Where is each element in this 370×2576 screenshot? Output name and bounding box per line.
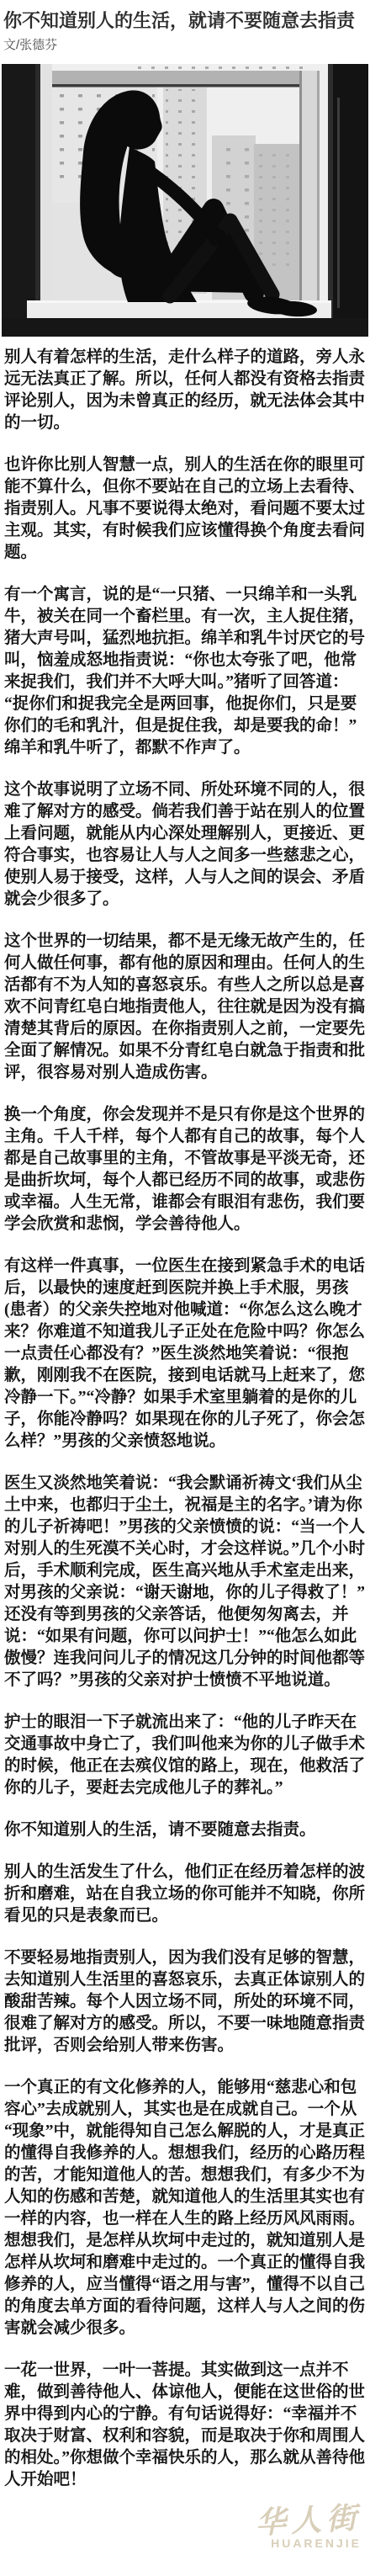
article-paragraph: 别人有着怎样的生活，走什么样子的道路，旁人永远无法真正了解。所以，任何人都没有资… xyxy=(4,347,366,434)
watermark-cn-logo: 华人街 xyxy=(255,2504,362,2538)
hero-photo xyxy=(2,64,368,337)
article-paragraph: 别人的生活发生了什么，他们正在经历着怎样的波折和磨难，站在自我立场的你可能并不知… xyxy=(4,1862,366,1927)
article-paragraph: 这个世界的一切结果，都不是无缘无故产生的，任何人做任何事，都有他的原因和理由。任… xyxy=(4,931,366,1084)
article-paragraph: 一个真正的有文化修养的人，能够用“慈悲心和包容心”去成就别人，其实也是在成就自己… xyxy=(4,2077,366,2340)
article-paragraph: 也许你比别人智慧一点，别人的生活在你的眼里可能不算什么，但你不要站在自己的立场上… xyxy=(4,454,366,564)
article-header: 你不知道别人的生活，就请不要随意去指责 文/张德芬 xyxy=(0,0,370,54)
article-paragraph: 医生又淡然地笑着说：“我会默诵祈祷文‘我们从尘土中来，也都归于尘土，祝福是主的名… xyxy=(4,1473,366,1692)
article-paragraph: 有这样一件真事，一位医生在接到紧急手术的电话后，以最快的速度赶到医院并换上手术服… xyxy=(4,1256,366,1453)
article-paragraph: 有一个寓言，说的是“一只猪、一只绵羊和一头乳牛，被关在同一个畜栏里。有一次，主人… xyxy=(4,584,366,759)
watermark: 华人街 HUARENJIE xyxy=(0,2506,370,2550)
article-paragraph: 这个故事说明了立场不同、所处环境不同的人，很难了解对方的感受。倘若我们善于站在别… xyxy=(4,779,366,911)
article-paragraph: 护士的眼泪一下子就流出来了：“他的儿子昨天在交通事故中身亡了，我们叫他来为你的儿… xyxy=(4,1712,366,1799)
article-paragraph: 不要轻易地指责别人，因为我们没有足够的智慧，去知道别人生活里的喜怒哀乐，去真正体… xyxy=(4,1947,366,2057)
article-page-container: 你不知道别人的生活，就请不要随意去指责 文/张德芬 xyxy=(0,0,370,2550)
page-title: 你不知道别人的生活，就请不要随意去指责 xyxy=(3,8,367,34)
article-paragraph: 你不知道别人的生活，请不要随意去指责。 xyxy=(4,1819,366,1841)
article-page: { "header": { "title": "你不知道别人的生活，就请不要随意… xyxy=(0,0,370,2576)
article-paragraph: 一花一世界，一叶一菩提。其实做到这一点并不难，做到善待他人、体谅他人，便能在这世… xyxy=(4,2360,366,2491)
article-paragraph: 换一个角度，你会发现并不是只有你是这个世界的主角。千人千样，每个人都有自己的故事… xyxy=(4,1104,366,1235)
hero-photo-illustration xyxy=(2,64,368,337)
article-body: 别人有着怎样的生活，走什么样子的道路，旁人永远无法真正了解。所以，任何人都没有资… xyxy=(0,337,370,2491)
author-byline: 文/张德芬 xyxy=(3,37,367,54)
